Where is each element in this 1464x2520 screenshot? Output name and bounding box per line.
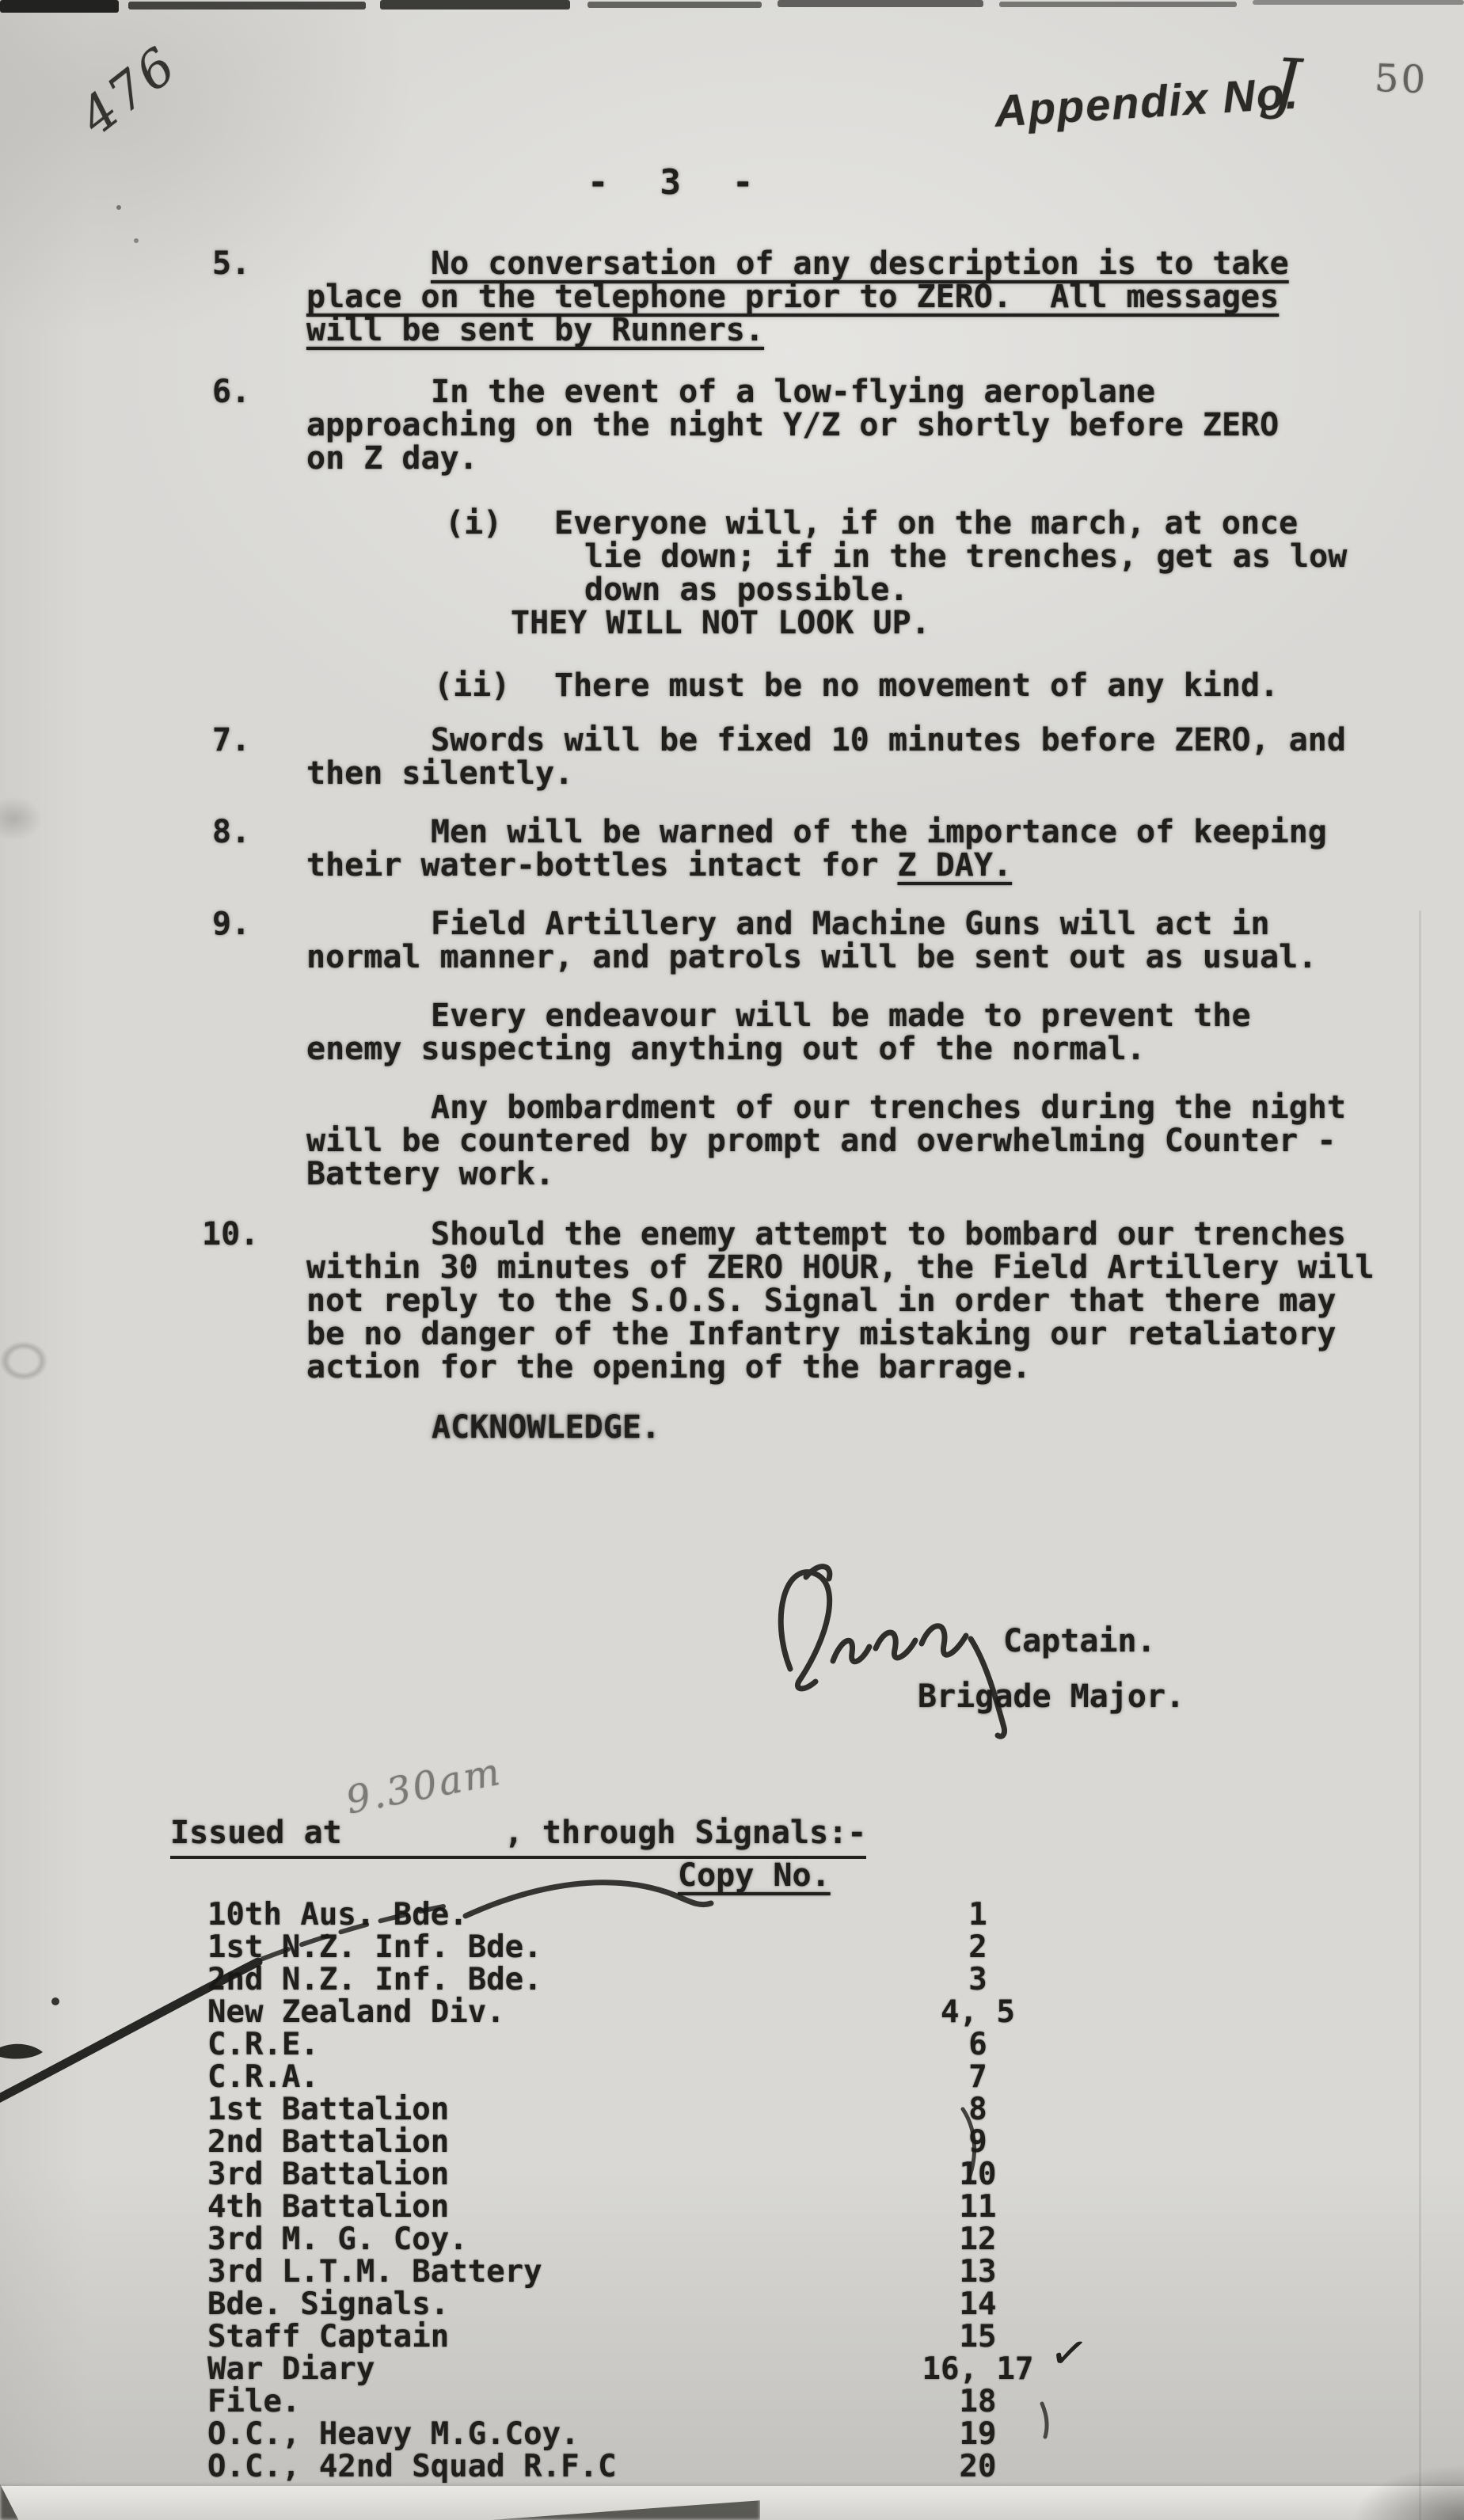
issue-line: Issued at, through Signals:- — [170, 1816, 866, 1859]
bombardment-paragraph: Any bombardment of our trenches during t… — [306, 1091, 1415, 1191]
item-8-z-day: Z DAY. — [898, 847, 1013, 884]
list-item: C.R.E.6 — [207, 2028, 1237, 2061]
copy-number: 8 — [903, 2093, 1053, 2126]
scan-edge-mark — [588, 2, 762, 8]
copy-number: 14 — [903, 2288, 1053, 2320]
scanned-document-page: 476 Appendix No. J 50 - 3 - 5. No conver… — [0, 0, 1464, 2520]
list-item: 10th Aus. Bde.1 — [207, 1899, 1237, 1931]
sub-i-caps-line: THEY WILL NOT LOOK UP. — [511, 606, 1346, 640]
list-item: Bde. Signals.14 — [207, 2288, 1237, 2320]
sub-item-ii-marker: (ii) — [434, 669, 510, 702]
appendix-stamp: Appendix No. — [993, 67, 1300, 136]
unit-name: War Diary — [207, 2353, 375, 2385]
copy-number: 18 — [903, 2385, 1053, 2418]
item-5-number: 5. — [212, 247, 250, 280]
sub-i-line-1: Everyone will, if on the march, at once — [554, 507, 1346, 540]
handwritten-issue-time: 9.30am — [342, 1750, 505, 1823]
unit-name: C.R.A. — [207, 2061, 319, 2093]
item-8-line-2-pre: their water-bottles intact for — [306, 847, 898, 884]
copy-number: 12 — [903, 2223, 1053, 2256]
unit-name: 2nd Battalion — [207, 2126, 449, 2158]
list-item: 4th Battalion11 — [207, 2191, 1237, 2223]
scan-edge-mark — [128, 2, 366, 10]
sub-i-line-2: lie down; if in the trenches, get as low — [554, 540, 1346, 573]
unit-name: 3rd Battalion — [207, 2158, 449, 2191]
item-5-paragraph: No conversation of any description is to… — [306, 247, 1415, 347]
bombardment-line-3: Battery work. — [306, 1157, 1415, 1191]
scan-edge-mark — [0, 0, 119, 13]
item-9-line-2: normal manner, and patrols will be sent … — [306, 941, 1415, 974]
scan-edge-mark — [999, 2, 1237, 7]
scan-edge-mark — [380, 0, 570, 10]
item-5-line-1: No conversation of any description is to… — [431, 245, 1289, 282]
scan-shadow-corner-right — [1290, 2454, 1464, 2520]
page-number: - 3 - — [588, 166, 756, 200]
item-8-number: 8. — [212, 815, 250, 849]
unit-name: 3rd L.T.M. Battery — [207, 2256, 542, 2288]
unit-name: Bde. Signals. — [207, 2288, 449, 2320]
item-7-number: 7. — [212, 724, 250, 757]
unit-name: 3rd M. G. Coy. — [207, 2223, 468, 2256]
list-item: C.R.A.7 — [207, 2061, 1237, 2093]
copy-number: 11 — [903, 2191, 1053, 2223]
item-10-paragraph: Should the enemy attempt to bombard our … — [306, 1218, 1415, 1384]
list-item: File.18 — [207, 2385, 1237, 2418]
item-6-paragraph: In the event of a low-flying aeroplane a… — [306, 375, 1415, 475]
copy-number: 9 — [903, 2126, 1053, 2158]
item-10-line-5: action for the opening of the barrage. — [306, 1351, 1415, 1384]
item-5-line-2: place on the telephone prior to ZERO. Al… — [306, 279, 1279, 315]
item-7-line-1: Swords will be fixed 10 minutes before Z… — [306, 724, 1415, 757]
copy-number: 15 — [903, 2320, 1053, 2353]
through-signals-label: , through Signals:- — [504, 1815, 867, 1851]
item-10-line-1: Should the enemy attempt to bombard our … — [306, 1218, 1415, 1251]
sub-ii-line: There must be no movement of any kind. — [554, 669, 1279, 702]
list-item: 3rd Battalion10 — [207, 2158, 1237, 2191]
unit-name: 2nd N.Z. Inf. Bde. — [207, 1963, 542, 1996]
item-10-line-3: not reply to the S.O.S. Signal in order … — [306, 1284, 1415, 1317]
item-9-line-1: Field Artillery and Machine Guns will ac… — [306, 907, 1415, 941]
copy-number: 1 — [903, 1899, 1053, 1931]
distribution-list: 10th Aus. Bde.1 1st N.Z. Inf. Bde.2 2nd … — [207, 1899, 1237, 2483]
sub-i-line-3: down as possible. — [554, 573, 1346, 606]
list-item: 1st N.Z. Inf. Bde.2 — [207, 1931, 1237, 1963]
unit-name: 1st N.Z. Inf. Bde. — [207, 1931, 542, 1963]
item-7-paragraph: Swords will be fixed 10 minutes before Z… — [306, 724, 1415, 790]
item-6-line-1: In the event of a low-flying aeroplane — [306, 375, 1415, 409]
item-8-paragraph: Men will be warned of the importance of … — [306, 815, 1415, 882]
handwritten-appendix-letter: J — [1271, 44, 1302, 123]
list-item: O.C., Heavy M.G.Coy.19 — [207, 2418, 1237, 2450]
copy-no-header: Copy No. — [678, 1859, 831, 1892]
unit-name: C.R.E. — [207, 2028, 319, 2061]
unit-name: 10th Aus. Bde. — [207, 1899, 468, 1931]
list-item: 2nd N.Z. Inf. Bde.3 — [207, 1963, 1237, 1996]
item-8-line-1: Men will be warned of the importance of … — [306, 815, 1415, 849]
acknowledge-line: ACKNOWLEDGE. — [432, 1411, 660, 1444]
copy-number: 7 — [903, 2061, 1053, 2093]
unit-name: O.C., Heavy M.G.Coy. — [207, 2418, 580, 2450]
bombardment-line-1: Any bombardment of our trenches during t… — [306, 1091, 1415, 1124]
item-9-paragraph: Field Artillery and Machine Guns will ac… — [306, 907, 1415, 974]
signature-rank: Captain. — [1003, 1625, 1156, 1658]
item-10-line-4: be no danger of the Infantry mistaking o… — [306, 1317, 1415, 1351]
unit-name: Staff Captain — [207, 2320, 449, 2353]
endeavour-line-1: Every endeavour will be made to prevent … — [306, 999, 1415, 1032]
copy-number: 20 — [903, 2450, 1053, 2483]
endeavour-line-2: enemy suspecting anything out of the nor… — [306, 1032, 1415, 1066]
copy-number: 3 — [903, 1963, 1053, 1996]
scan-edge-mark — [1253, 0, 1464, 5]
list-item: 3rd L.T.M. Battery13 — [207, 2256, 1237, 2288]
item-5-line-3: will be sent by Runners. — [306, 312, 764, 348]
sub-item-i: Everyone will, if on the march, at once … — [554, 507, 1346, 640]
copy-number: 6 — [903, 2028, 1053, 2061]
endeavour-paragraph: Every endeavour will be made to prevent … — [306, 999, 1415, 1066]
unit-name: O.C., 42nd Squad R.F.C — [207, 2450, 617, 2483]
unit-name: 1st Battalion — [207, 2093, 449, 2126]
item-6-line-3: on Z day. — [306, 442, 1415, 475]
list-item: 2nd Battalion9 — [207, 2126, 1237, 2158]
list-item: 3rd M. G. Coy.12 — [207, 2223, 1237, 2256]
copy-number: 2 — [903, 1931, 1053, 1963]
paper-smudge-ring — [0, 1335, 55, 1387]
item-9-number: 9. — [212, 907, 250, 941]
copy-number: 16, 17 — [903, 2353, 1053, 2385]
copy-number: 13 — [903, 2256, 1053, 2288]
copy-number: 4, 5 — [903, 1996, 1053, 2028]
signature-role: Brigade Major. — [918, 1680, 1185, 1713]
paper-smudge — [0, 796, 43, 841]
unit-name: 4th Battalion — [207, 2191, 449, 2223]
pencil-page-stamp: 50 — [1374, 56, 1428, 102]
copy-number: 19 — [903, 2418, 1053, 2450]
unit-name: New Zealand Div. — [207, 1996, 505, 2028]
item-10-line-2: within 30 minutes of ZERO HOUR, the Fiel… — [306, 1251, 1415, 1284]
item-10-number: 10. — [202, 1218, 259, 1251]
unit-name: File. — [207, 2385, 300, 2418]
list-item: O.C., 42nd Squad R.F.C20 — [207, 2450, 1237, 2483]
handwritten-sheet-number: 476 — [69, 36, 188, 147]
paper-crease — [1419, 910, 1421, 2520]
sub-item-i-marker: (i) — [445, 507, 502, 540]
list-item: New Zealand Div.4, 5 — [207, 1996, 1237, 2028]
scan-edge-mark — [778, 0, 983, 7]
bombardment-line-2: will be countered by prompt and overwhel… — [306, 1124, 1415, 1157]
item-6-line-2: approaching on the night Y/Z or shortly … — [306, 409, 1415, 442]
item-7-line-2: then silently. — [306, 757, 1415, 790]
list-item: 1st Battalion8 — [207, 2093, 1237, 2126]
issued-at-label: Issued at — [170, 1815, 342, 1851]
item-6-number: 6. — [212, 375, 250, 409]
copy-number: 10 — [903, 2158, 1053, 2191]
